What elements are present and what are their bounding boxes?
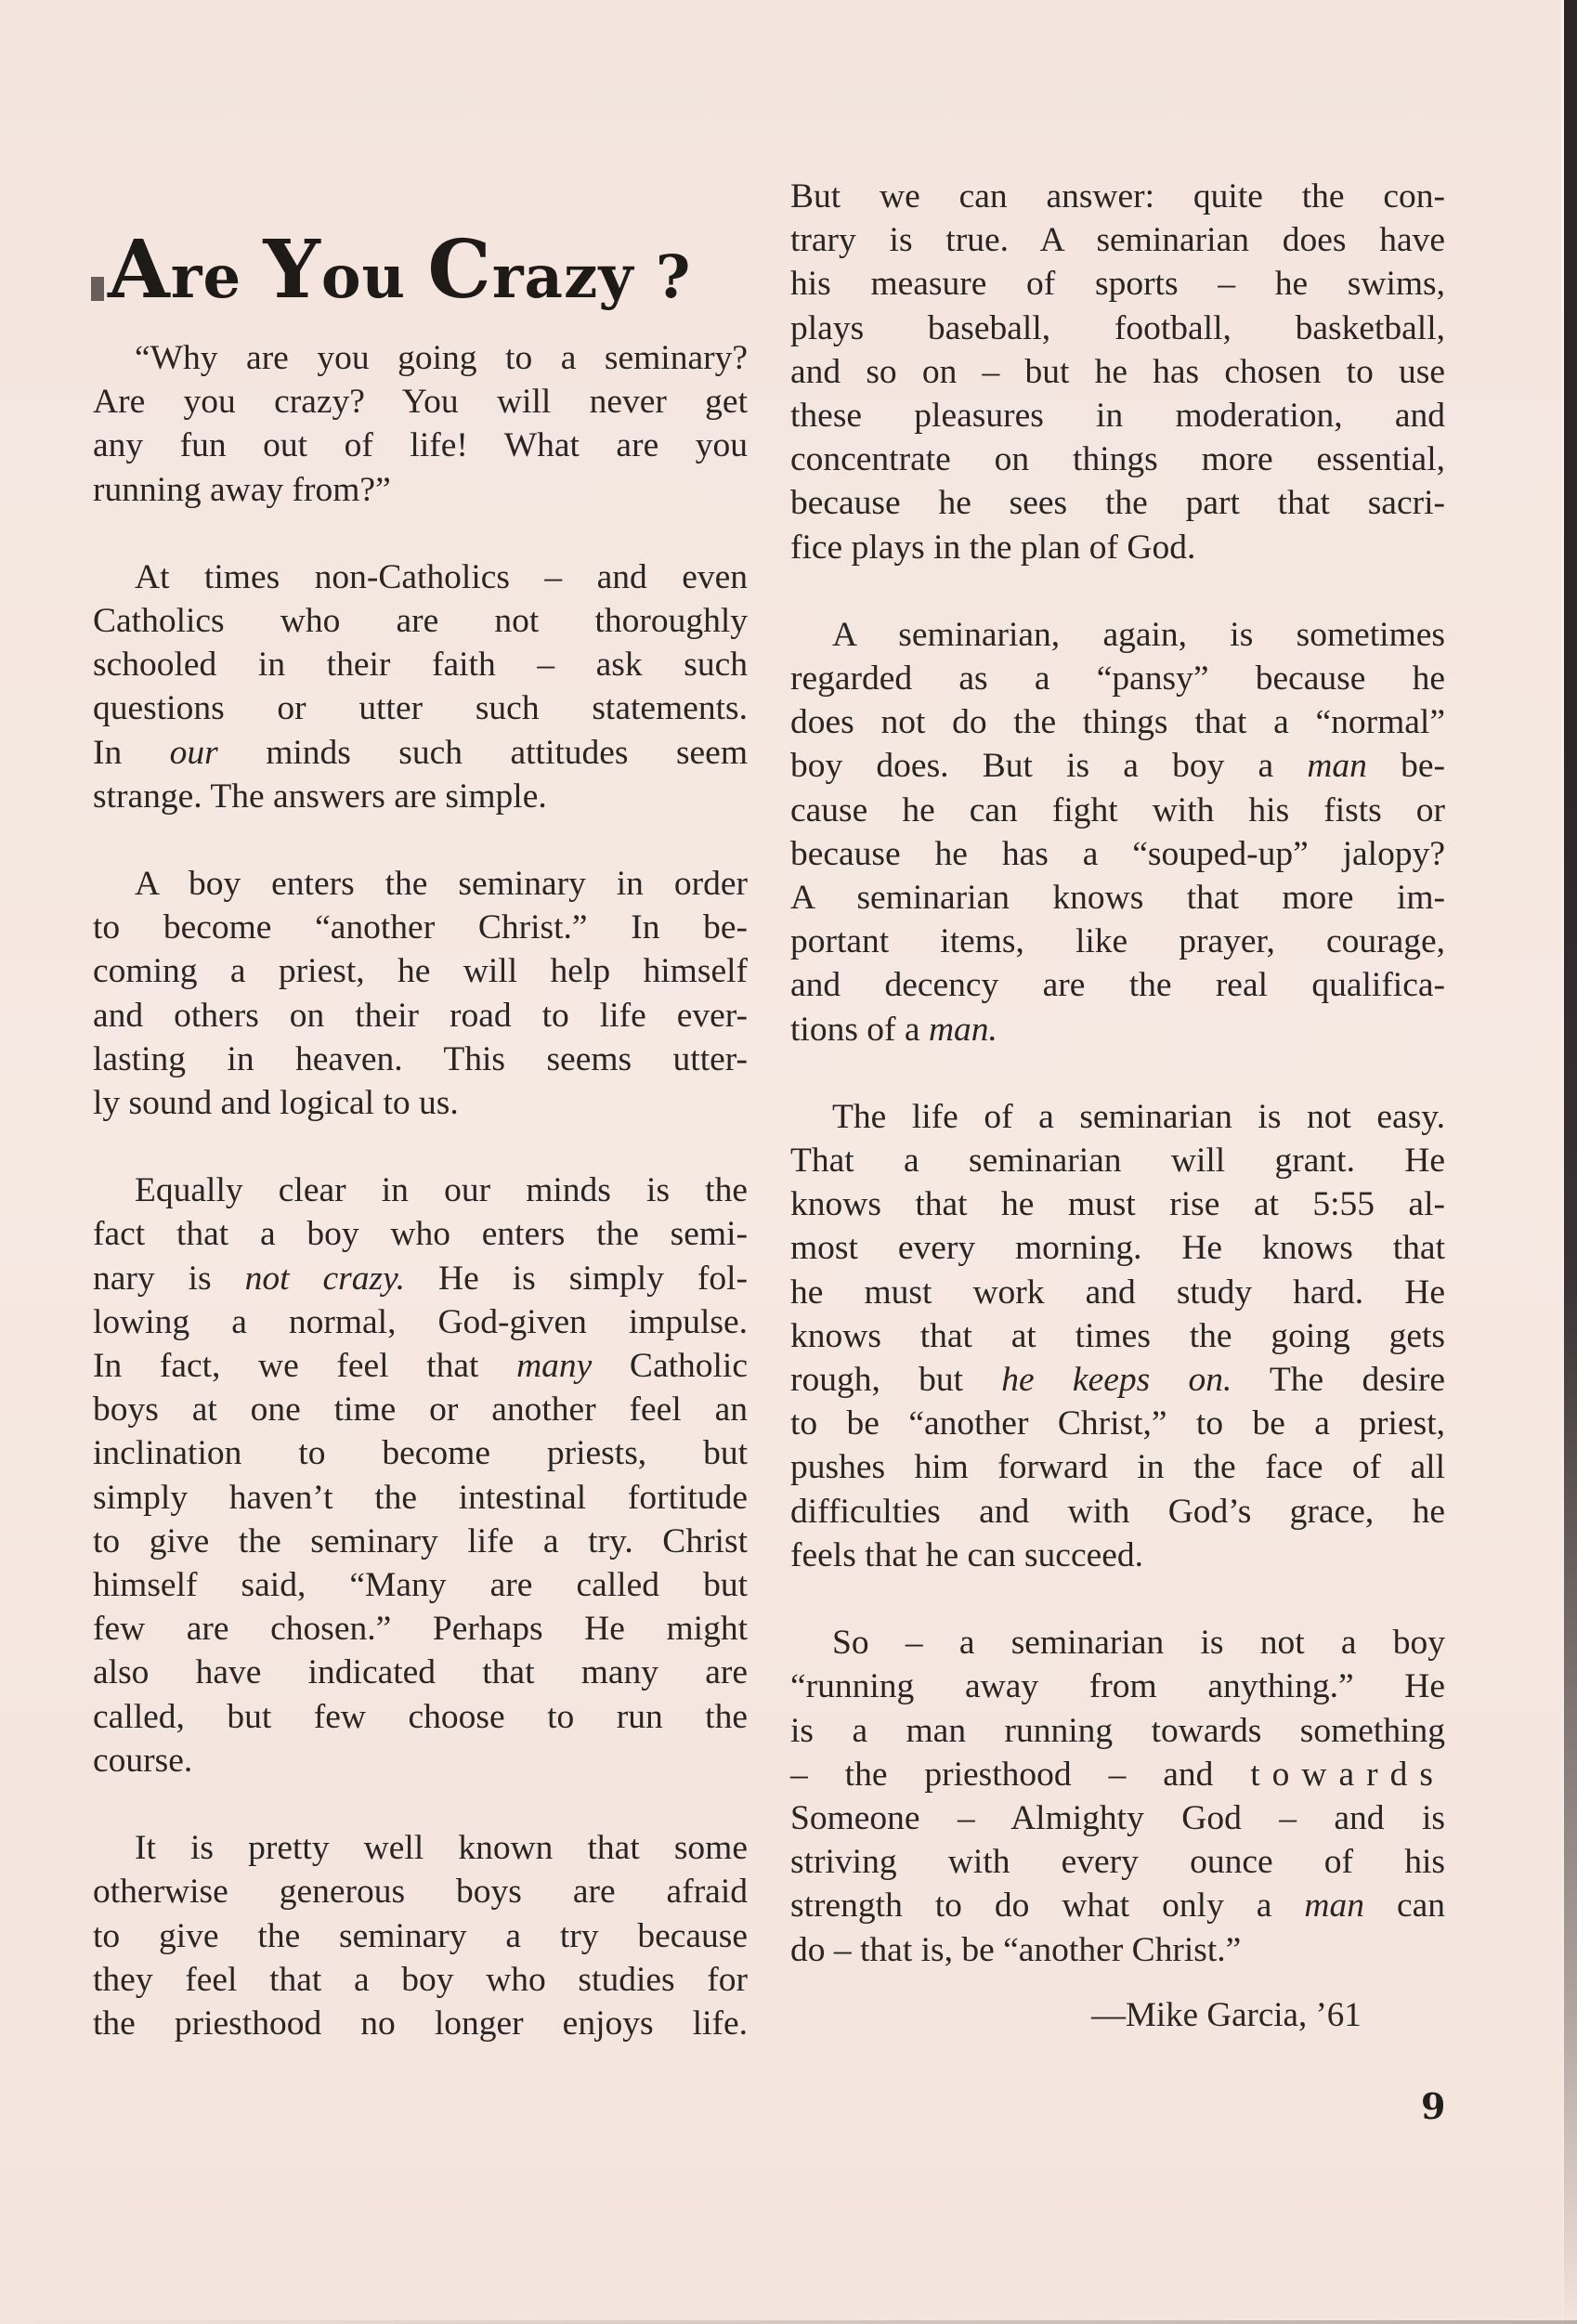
ink-blot-mark (91, 277, 104, 301)
right-column: But we can answer: quite the con- trary … (790, 175, 1445, 2016)
paragraph-9: So – a seminarian is not a boy “running … (790, 1621, 1445, 1972)
paragraph-3: A boy enters the seminary in order to be… (93, 862, 748, 1125)
paragraph-8: The life of a seminarian is not easy. Th… (790, 1095, 1445, 1577)
article-title: Are You Crazy ? (91, 230, 691, 310)
paragraph-7: A seminarian, again, is sometimes regard… (790, 613, 1445, 1051)
paragraph-4: Equally clear in our minds is the fact t… (93, 1169, 748, 1782)
paragraph-1: “Why are you going to a seminary? Are yo… (93, 336, 748, 512)
page-edge-shadow (1564, 0, 1577, 2324)
paragraph-6: But we can answer: quite the con- trary … (790, 175, 1445, 569)
left-column: “Why are you going to a seminary? Are yo… (93, 336, 748, 2089)
magazine-page: Are You Crazy ? “Why are you going to a … (0, 0, 1577, 2324)
paragraph-2: At times non-Catholics – and even Cathol… (93, 555, 748, 818)
author-signature: —Mike Garcia, ’61 (1091, 1995, 1362, 2035)
page-number: 9 (1421, 2085, 1445, 2127)
page-bottom-shadow (0, 2320, 1577, 2324)
paragraph-5: It is pretty well known that some otherw… (93, 1826, 748, 2045)
